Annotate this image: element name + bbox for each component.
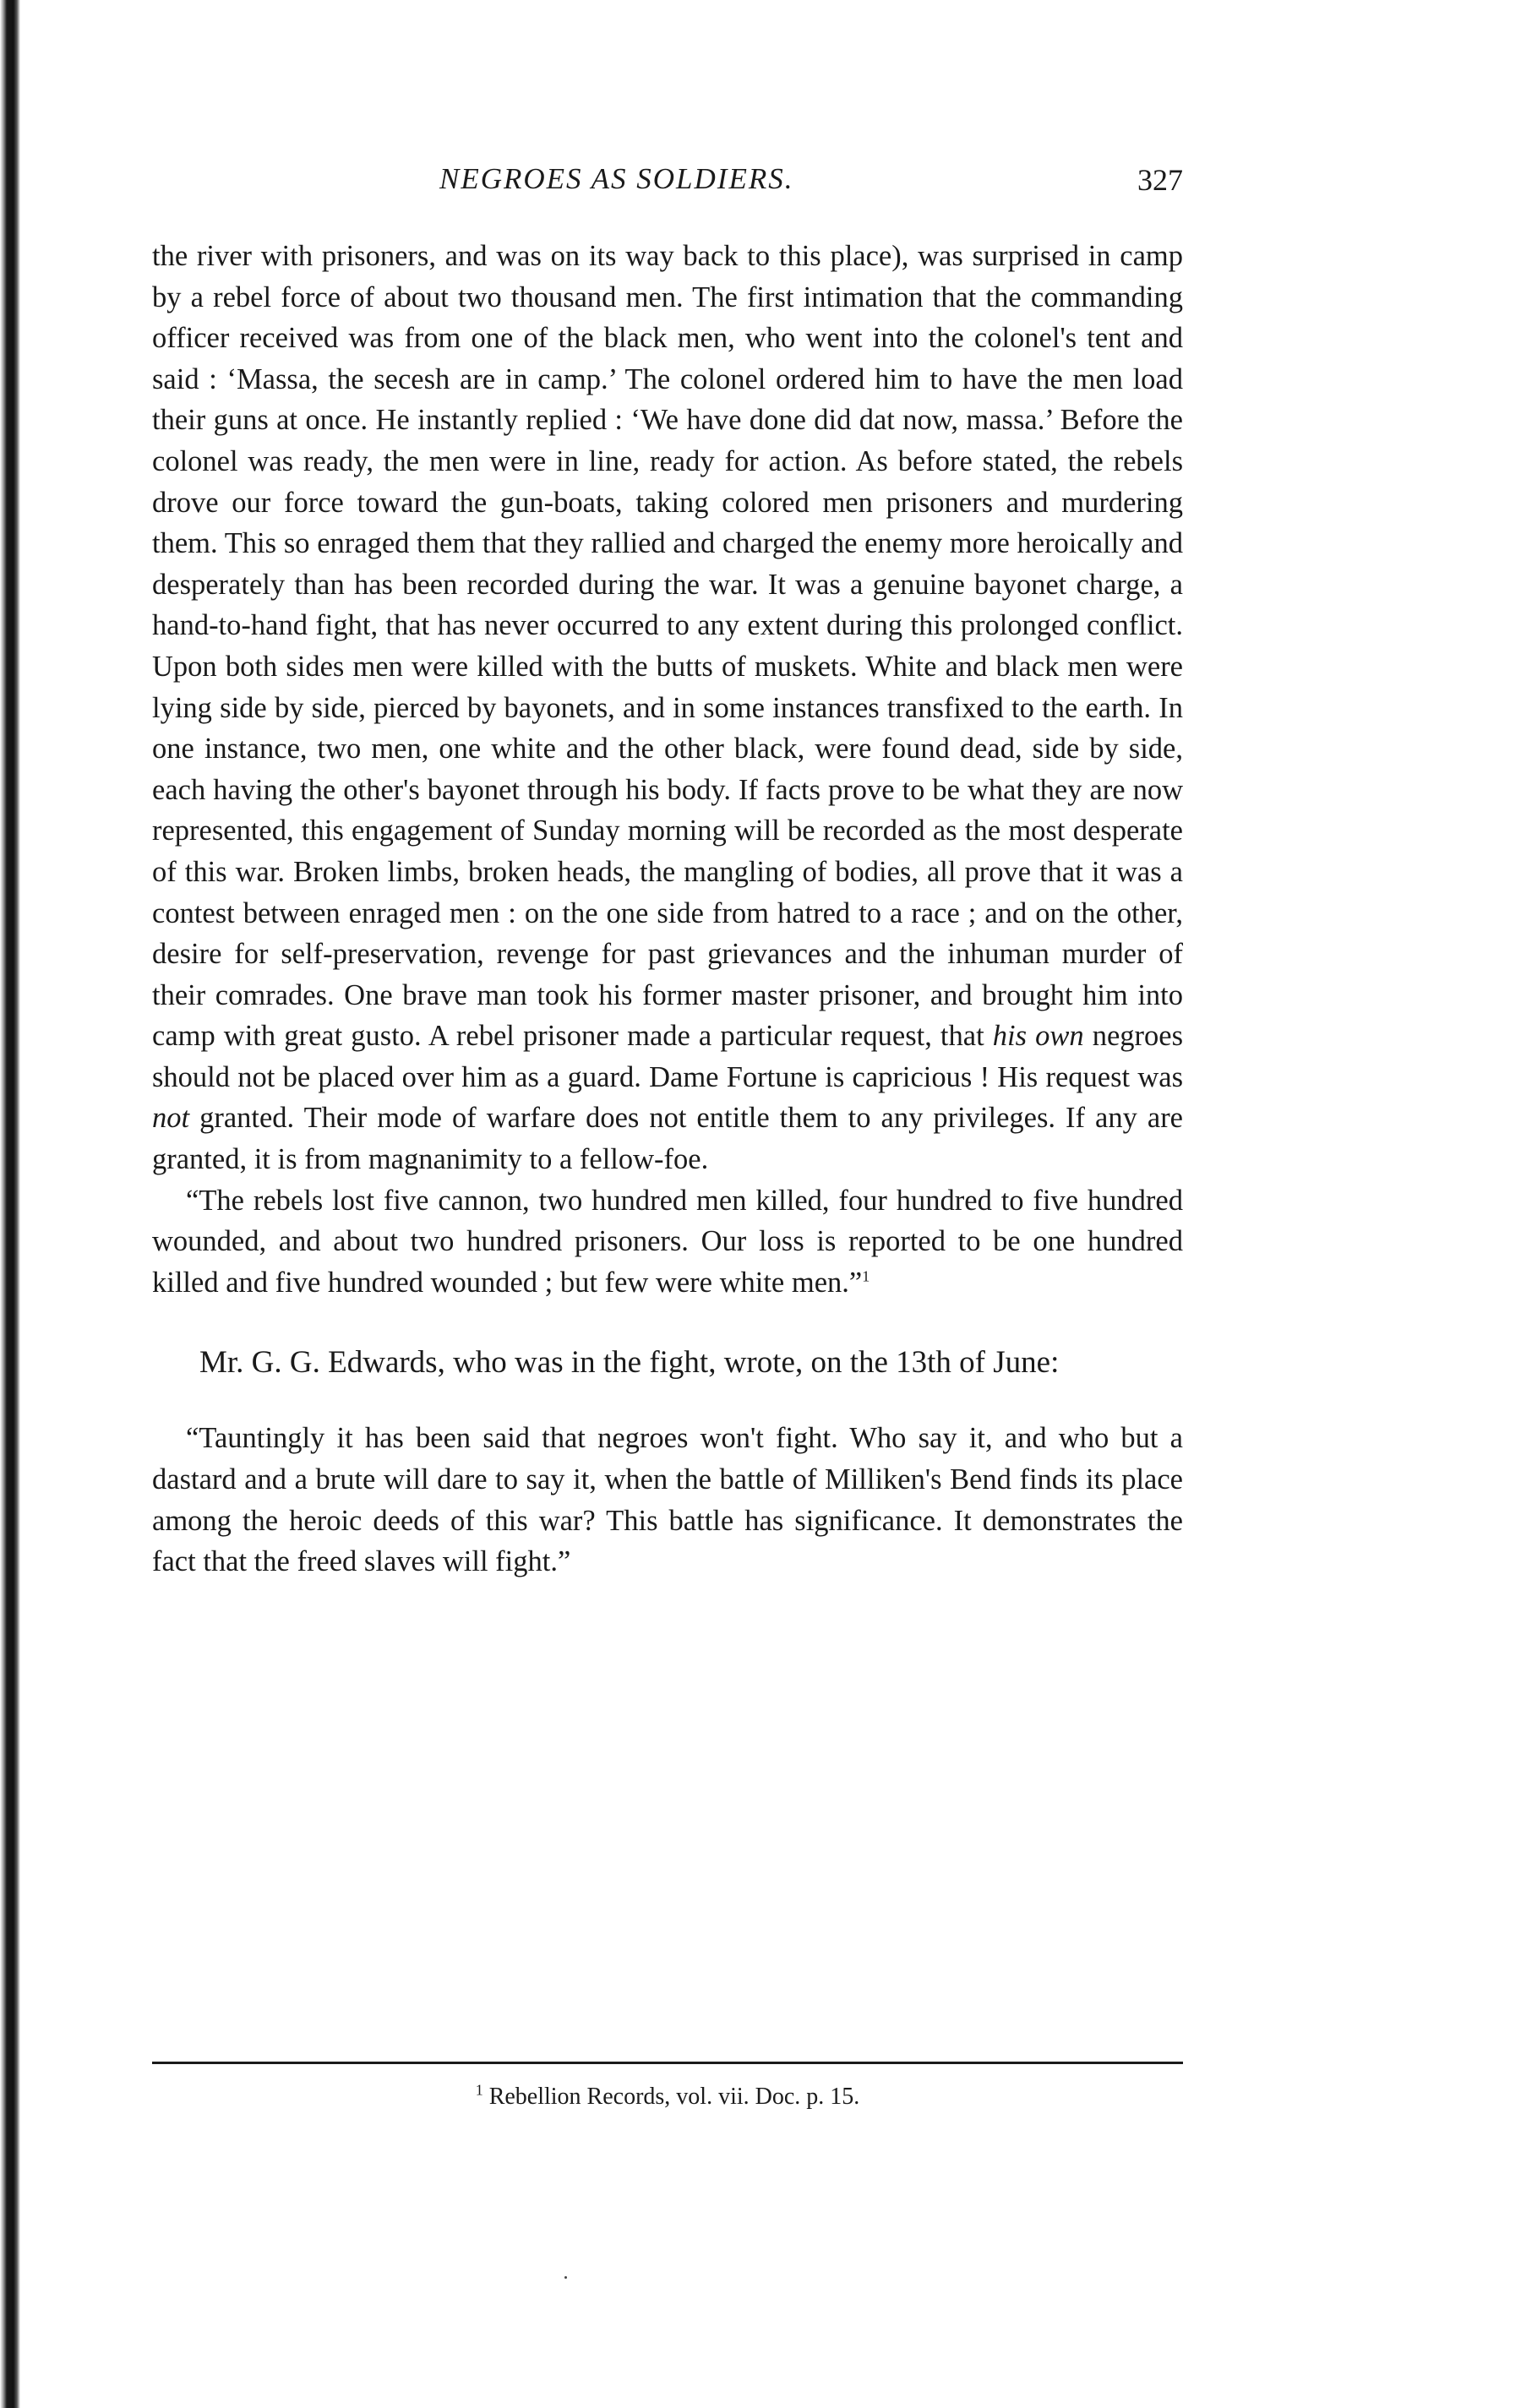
paragraph-text: “The rebels lost five cannon, two hundre… bbox=[152, 1185, 1183, 1299]
paragraph-text: the river with prisoners, and was on its… bbox=[152, 240, 1183, 1052]
footnote-marker: 1 bbox=[476, 2082, 483, 2099]
paragraph-edwards-intro: Mr. G. G. Edwards, who was in the fight,… bbox=[152, 1342, 1183, 1384]
running-head: NEGROES AS SOLDIERS. 327 bbox=[152, 162, 1183, 204]
footnote-divider bbox=[152, 2062, 1183, 2064]
paragraph-casualties: “The rebels lost five cannon, two hundre… bbox=[152, 1180, 1183, 1304]
body-text: the river with prisoners, and was on its… bbox=[152, 236, 1183, 1583]
book-spine-shadow bbox=[0, 0, 20, 2408]
block-quote: “Tauntingly it has been said that negroe… bbox=[152, 1418, 1183, 1582]
page-number: 327 bbox=[1137, 162, 1183, 198]
paragraph-continuation: the river with prisoners, and was on its… bbox=[152, 236, 1183, 1180]
footnote-reference[interactable]: 1 bbox=[862, 1267, 870, 1284]
scan-speck bbox=[564, 2276, 567, 2279]
italic-emphasis: his own bbox=[993, 1020, 1084, 1052]
footnote: 1 Rebellion Records, vol. vii. Doc. p. 1… bbox=[152, 2084, 1183, 2111]
paragraph-text: granted. Their mode of warfare does not … bbox=[152, 1102, 1183, 1175]
running-title: NEGROES AS SOLDIERS. bbox=[439, 162, 793, 196]
italic-emphasis: not bbox=[152, 1102, 189, 1134]
footnote-text: Rebellion Records, vol. vii. Doc. p. 15. bbox=[489, 2084, 860, 2110]
